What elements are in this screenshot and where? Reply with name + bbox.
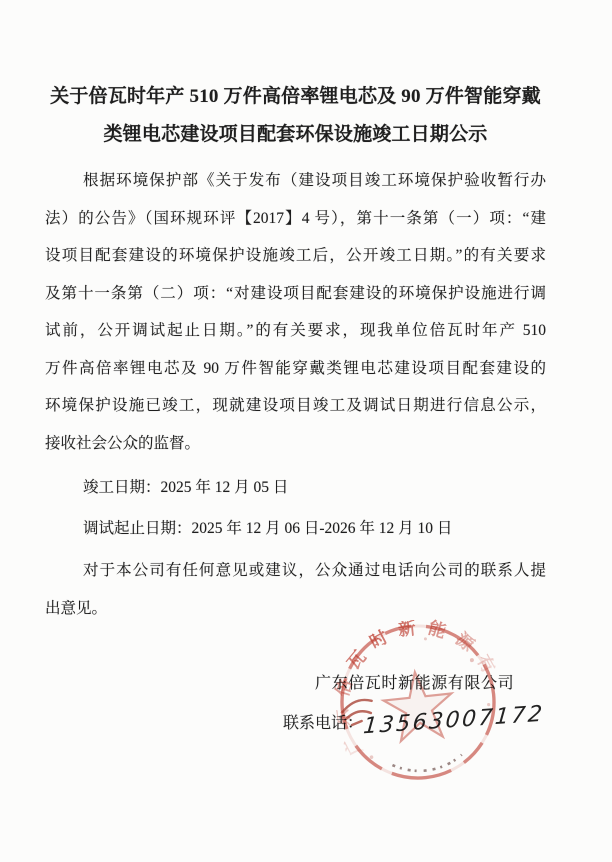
seal-serial-marks-icon — [392, 755, 463, 774]
paragraph-line: 接收社会公众的监督。 — [45, 425, 546, 463]
paragraph-line: 根据环境保护部《关于发布（建设项目竣工环境保护验收暂行办 — [45, 162, 546, 200]
notice-title-line-1: 关于倍瓦时年产 510 万件高倍率锂电芯及 90 万件智能穿戴 — [45, 78, 546, 116]
company-name: 广东倍瓦时新能源有限公司 — [45, 665, 546, 703]
completion-date-line: 竣工日期：2025 年 12 月 05 日 — [45, 469, 546, 507]
notice-title-line-2: 类锂电芯建设项目配套环保设施竣工日期公示 — [45, 116, 546, 154]
paragraph-line: 设项目配套建设的环境保护设施竣工后，公开竣工日期。”的有关要求 — [45, 237, 546, 275]
paragraph-line: 及第十一条第（二）项：“对建设项目配套建设的环境保护设施进行调 — [45, 275, 546, 313]
scanned-notice-page: 关于倍瓦时年产 510 万件高倍率锂电芯及 90 万件智能穿戴 类锂电芯建设项目… — [0, 0, 612, 862]
paragraph-line: 万件高倍率锂电芯及 90 万件智能穿戴类锂电芯建设项目配套建设的 — [45, 350, 546, 388]
commissioning-date-line: 调试起止日期：2025 年 12 月 06 日-2026 年 12 月 10 日 — [45, 510, 546, 548]
paragraph-line: 环境保护设施已竣工，现就建设项目竣工及调试日期进行信息公示， — [45, 387, 546, 425]
contact-phone-number: 13563007172 — [362, 695, 546, 745]
paragraph-line: 法）的公告》（国环规环评【2017】4 号），第十一条第（一）项：“建 — [45, 200, 546, 238]
contact-phone-label: 联系电话： — [283, 715, 363, 732]
paragraph-line: 对于本公司有任何意见或建议，公众通过电话向公司的联系人提 — [45, 552, 546, 590]
paragraph-line: 出意见。 — [45, 590, 546, 628]
notice-body: 关于倍瓦时年产 510 万件高倍率锂电芯及 90 万件智能穿戴 类锂电芯建设项目… — [0, 0, 612, 742]
contact-phone-line: 联系电话：13563007172 — [45, 703, 546, 743]
ink-speck-icon — [370, 755, 374, 759]
paragraph-line: 试前，公开调试起止日期。”的有关要求，现我单位倍瓦时年产 510 — [45, 312, 546, 350]
